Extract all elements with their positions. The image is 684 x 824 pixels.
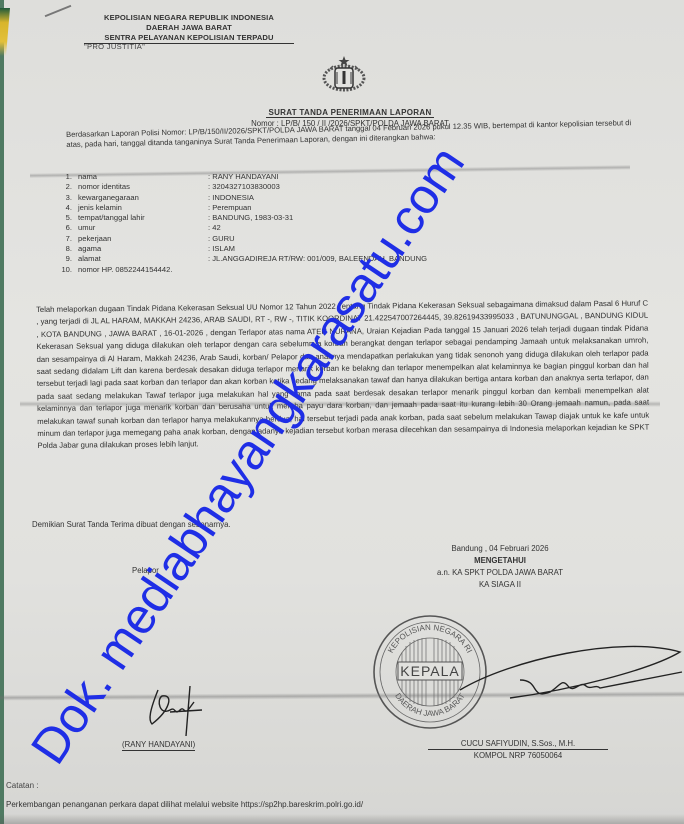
note-text: Perkembangan penanganan perkara dapat di… xyxy=(6,800,363,809)
reporter-name: (RANY HANDAYANI) xyxy=(122,740,195,751)
reporter-signature xyxy=(140,680,210,740)
pro-justitia-label: "PRO JUSTITIA" xyxy=(84,42,145,51)
identity-row: 4.jenis kelamin: Perempuan xyxy=(48,203,427,213)
police-emblem-icon xyxy=(318,55,370,93)
identity-row: 3.kewarganegaraan: INDONESIA xyxy=(48,193,427,203)
on-behalf-label: a.n. KA SPKT POLDA JAWA BARAT xyxy=(400,567,600,579)
officer-signature xyxy=(450,640,684,710)
place-date: Bandung , 04 Februari 2026 xyxy=(400,543,600,555)
identity-row: 1.nama: RANY HANDAYANI xyxy=(48,172,427,182)
acknowledged-label: MENGETAHUI xyxy=(400,555,600,567)
officer-name-block: CUCU SAFIYUDIN, S.Sos., M.H. KOMPOL NRP … xyxy=(428,738,608,761)
paper-fold xyxy=(20,401,660,407)
position-label: KA SIAGA II xyxy=(400,579,600,591)
letterhead-line-1: KEPOLISIAN NEGARA REPUBLIK INDONESIA xyxy=(84,13,294,23)
identity-row: 2.nomor identitas: 3204327103830003 xyxy=(48,182,427,192)
letterhead-line-2: DAERAH JAWA BARAT xyxy=(84,23,294,33)
officer-rank: KOMPOL NRP 76050064 xyxy=(474,751,562,760)
officer-name: CUCU SAFIYUDIN, S.Sos., M.H. xyxy=(428,738,608,750)
letterhead: KEPOLISIAN NEGARA REPUBLIK INDONESIA DAE… xyxy=(84,13,294,44)
document-title: SURAT TANDA PENERIMAAN LAPORAN xyxy=(266,108,433,118)
photo-shadow xyxy=(0,814,684,824)
note-label: Catatan : xyxy=(6,781,38,790)
officer-signature-block: Bandung , 04 Februari 2026 MENGETAHUI a.… xyxy=(400,543,600,591)
